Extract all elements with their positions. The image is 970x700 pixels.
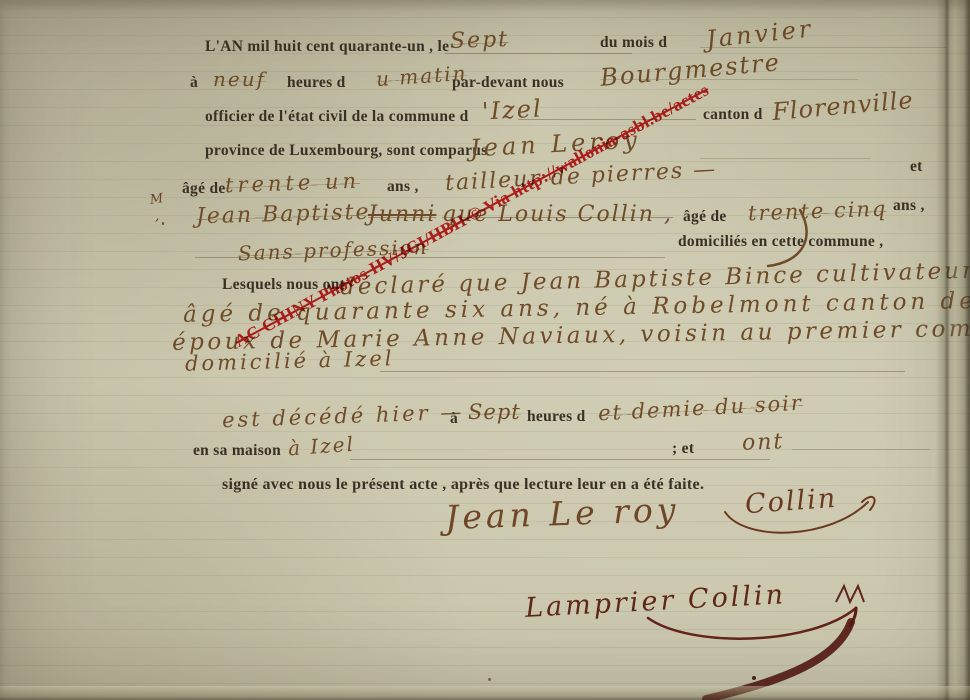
printed-aged-label: âgé de [182,180,226,198]
blank-rule [350,459,770,460]
lamprier-zigzag [836,586,864,602]
scanned-death-record: L'AN mil huit cent quarante-un , le Sept… [0,0,970,700]
printed-in-his-house: en sa maison [193,442,281,460]
hw-died-yesterday: est décédé hier — [222,400,465,432]
hw-canton-name: Florenville [771,86,915,126]
printed-province-comparus: province de Luxembourg, sont comparus [205,142,488,160]
ink-speck [162,222,164,225]
blank-rule [700,47,946,48]
page-fold-edge [936,0,970,700]
printed-canton-label: canton d [703,106,763,124]
collin-signature-tail [862,497,875,510]
printed-aged-label-2: âgé de [683,208,727,226]
hw-have: ont [742,429,785,455]
printed-at-hour: à [450,410,458,428]
signature-lamprier-collin: Lamprier Collin [524,579,786,624]
margin-mark-dot: , [155,208,159,224]
printed-month-label: du mois d [600,34,667,52]
hw-witness2-first-names: Jean Baptiste [196,200,371,230]
printed-at: à [190,74,198,92]
blank-rule [380,371,905,372]
hw-hour: neuf [213,67,266,91]
printed-before-us: par-devant nous [452,74,564,92]
hw-day-number: Sept [450,27,510,54]
margin-mark: M [149,191,164,208]
blank-rule [600,79,858,80]
printed-year-opening: L'AN mil huit cent quarante-un , le [205,38,449,56]
ink-speck [752,676,756,680]
printed-and: et [910,158,923,176]
ink-speck [488,678,491,681]
printed-semicolon-and: ; et [672,440,694,458]
hw-witness1-age: trente un [225,169,361,198]
printed-civil-officer: officier de l'état civil de la commune d [205,108,469,126]
hw-commune-name: 'Izel [481,94,543,125]
blank-rule [445,53,632,54]
flourish-neck [850,608,856,626]
signature-jean-leroy: Jean Le roy [444,490,680,537]
blank-rule [792,449,930,450]
printed-years-label: ans , [387,178,419,196]
printed-domiciled-commune: domiciliés en cette commune , [678,233,883,251]
printed-years-label-2: ans , [893,197,925,215]
hw-witness2-struck-word: Junni [368,202,436,227]
hw-half-past-evening: et demie du soir [598,391,804,426]
hw-death-hour: Sept [468,400,521,424]
hw-deceased-domicile: domicilié à Izel [185,346,395,375]
signature-collin: Collin [744,483,838,520]
page-bottom-edge [0,686,970,700]
printed-hours-label: heures d [287,74,346,92]
hw-house-place: à Izel [287,432,355,461]
hw-witness2-age: trente cinq [748,197,888,226]
printed-hours-label-2: heures d [527,408,586,426]
blank-rule [700,158,870,159]
